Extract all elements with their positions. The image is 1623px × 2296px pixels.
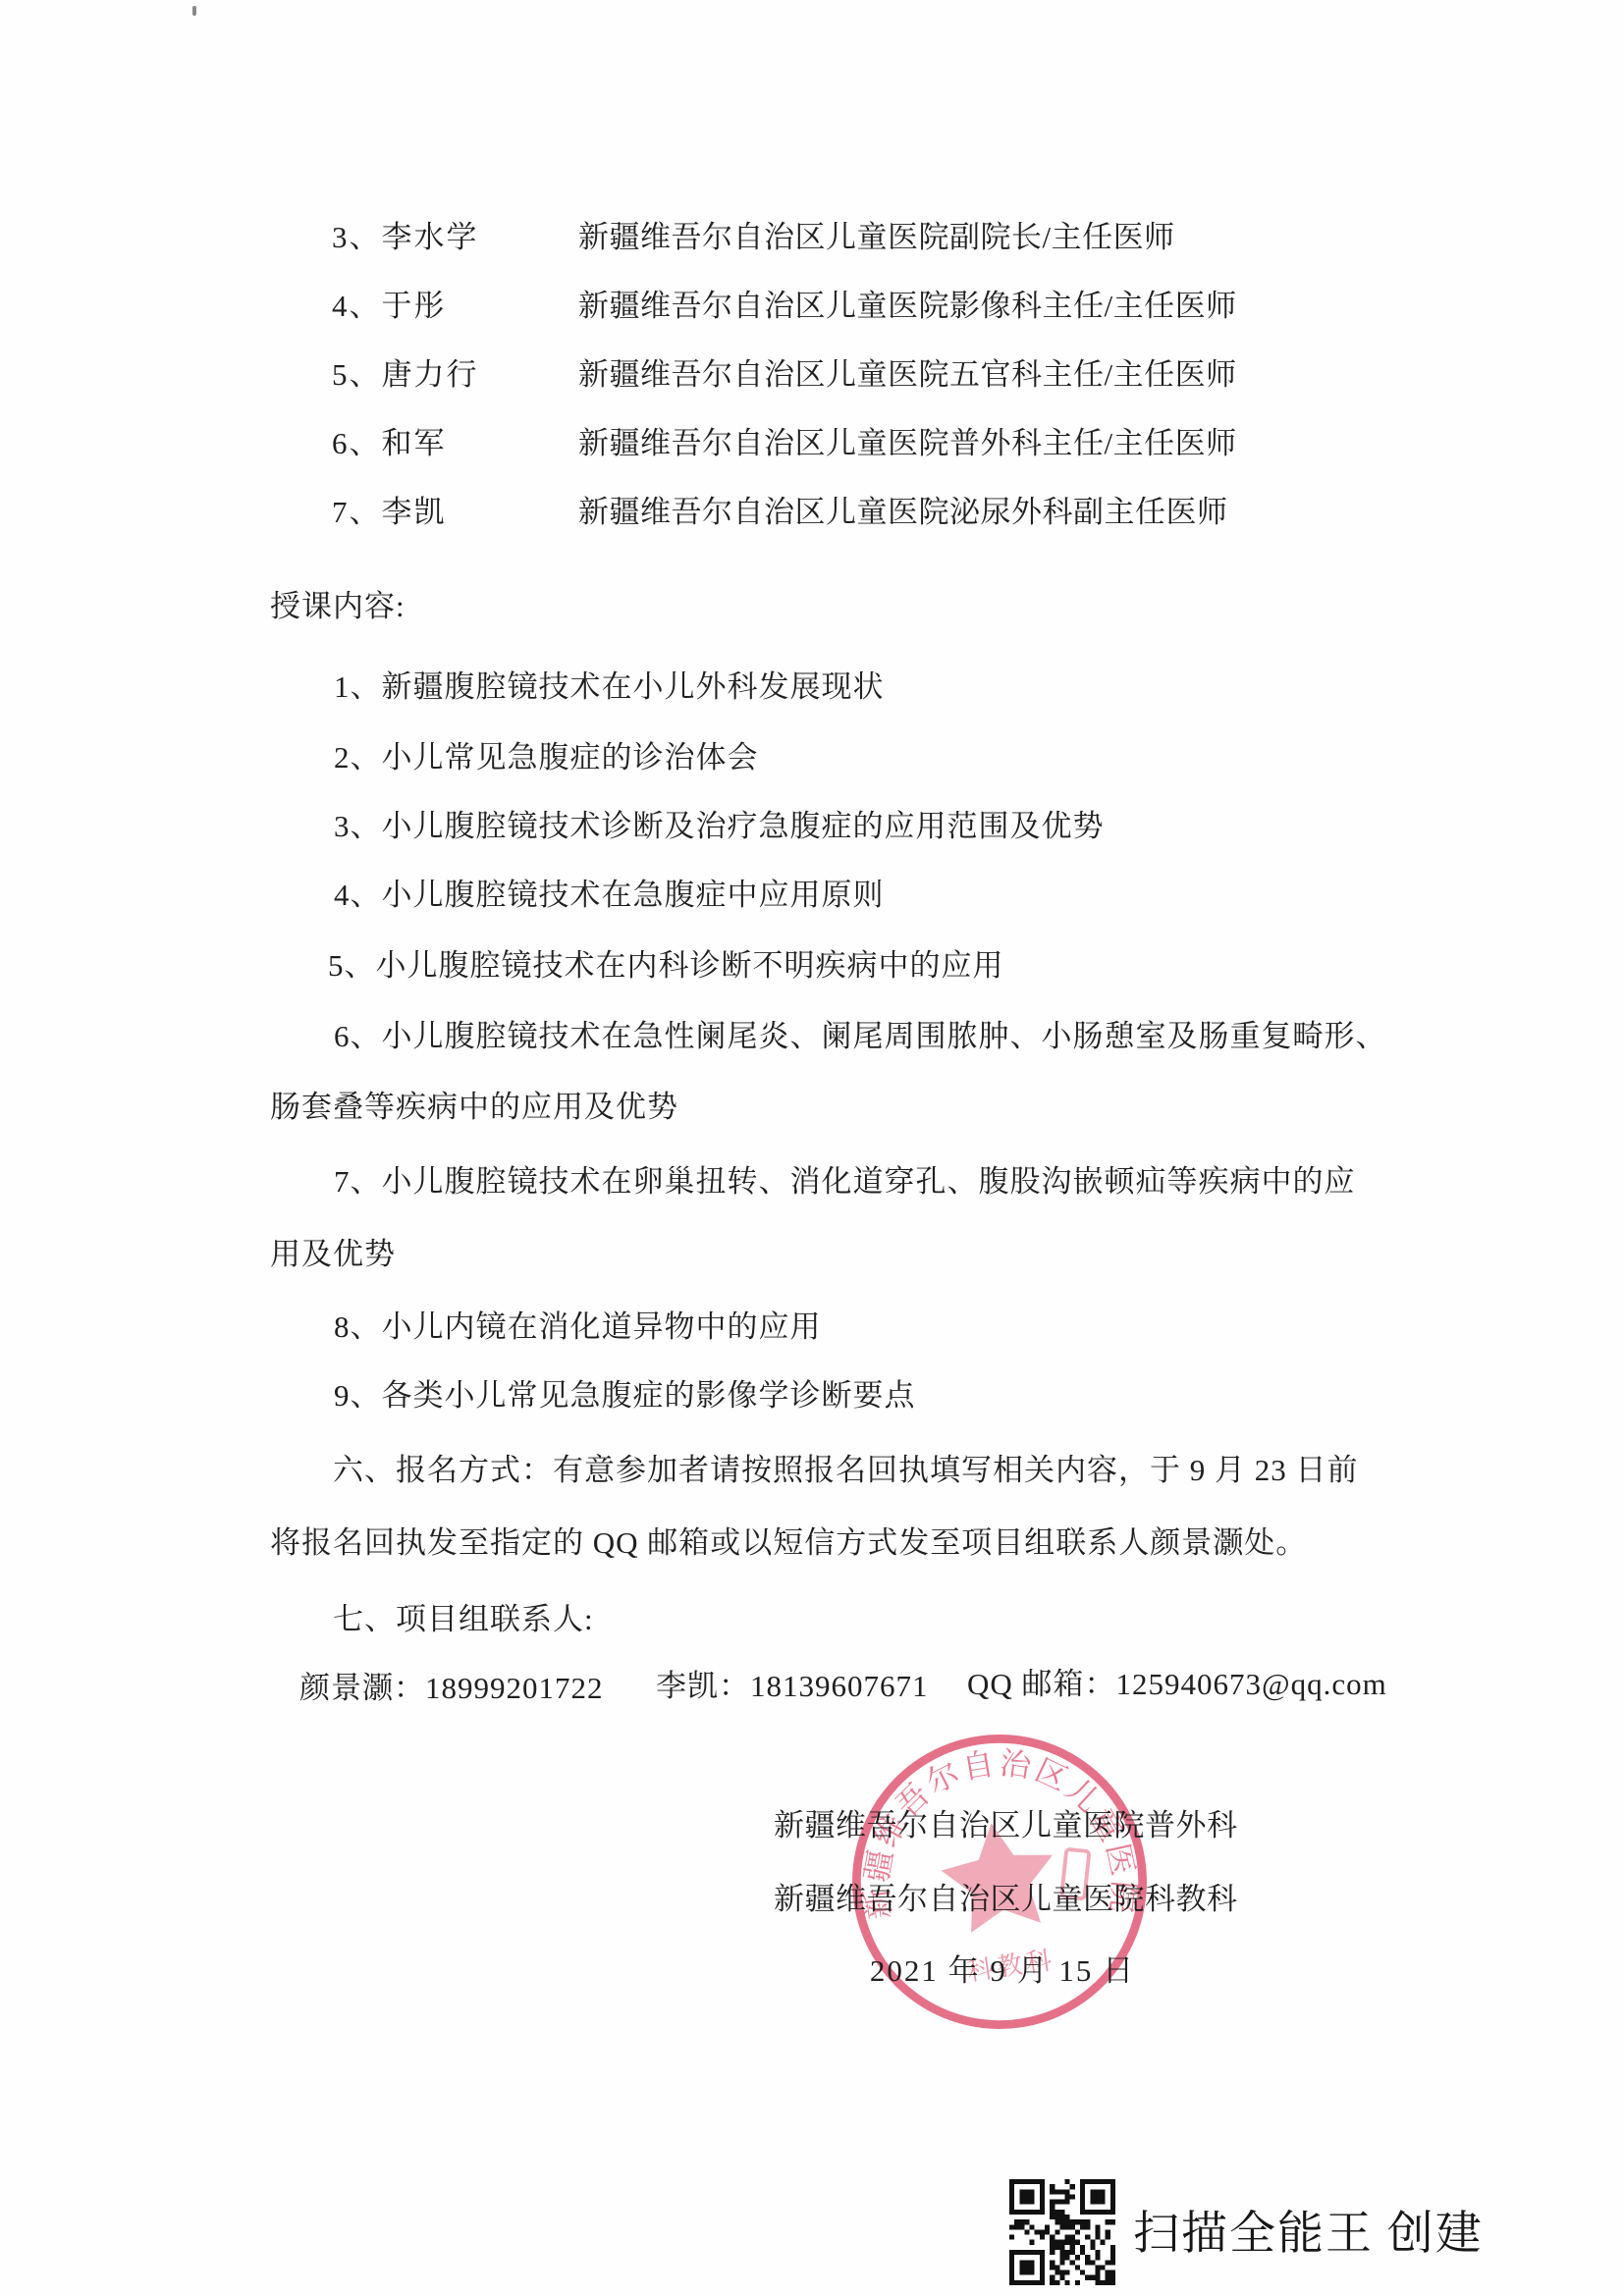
lecture-item: 5、小儿腹腔镜技术在内科诊断不明疾病中的应用 <box>328 946 1004 986</box>
lecture-item: 1、新疆腹腔镜技术在小儿外科发展现状 <box>334 667 885 707</box>
contact-entry-2: 李凯：18139607671 <box>656 1667 929 1706</box>
lecture-item: 8、小儿内镜在消化道异物中的应用 <box>334 1308 822 1347</box>
speaker-title: 新疆维吾尔自治区儿童医院泌尿外科副主任医师 <box>578 495 1228 529</box>
lecture-item: 2、小儿常见急腹症的诊治体会 <box>334 738 759 777</box>
lecture-item: 3、小儿腹腔镜技术诊断及治疗急腹症的应用范围及优势 <box>334 807 1105 846</box>
contact-entry-3: QQ 邮箱：125940673@qq.com <box>967 1665 1387 1704</box>
lecture-item: 4、小儿腹腔镜技术在急腹症中应用原则 <box>334 876 885 915</box>
scanner-watermark: 扫描全能王 创建 <box>1133 2209 1484 2260</box>
roster-row: 6、和军新疆维吾尔自治区儿童医院普外科主任/主任医师 <box>332 424 1237 463</box>
speaker-name: 6、和军 <box>332 424 578 463</box>
roster-row: 5、唐力行新疆维吾尔自治区儿童医院五官科主任/主任医师 <box>332 355 1237 395</box>
speaker-name: 5、唐力行 <box>332 355 578 395</box>
speaker-title: 新疆维吾尔自治区儿童医院普外科主任/主任医师 <box>578 426 1237 460</box>
signature-dept-1: 新疆维吾尔自治区儿童医院普外科 <box>774 1806 1231 1845</box>
lecture-item-continuation: 用及优势 <box>270 1235 396 1274</box>
roster-row: 3、李水学新疆维吾尔自治区儿童医院副院长/主任医师 <box>332 218 1175 257</box>
speaker-title: 新疆维吾尔自治区儿童医院影像科主任/主任医师 <box>578 289 1237 323</box>
roster-row: 4、于彤新疆维吾尔自治区儿童医院影像科主任/主任医师 <box>332 287 1237 326</box>
speaker-name: 3、李水学 <box>332 218 578 257</box>
speaker-title: 新疆维吾尔自治区儿童医院副院长/主任医师 <box>578 220 1175 254</box>
registration-line-2: 将报名回执发至指定的 QQ 邮箱或以短信方式发至项目组联系人颜景灏处。 <box>270 1523 1307 1563</box>
qr-code <box>1009 2179 1115 2285</box>
signature-date: 2021 年 9 月 15 日 <box>774 1951 1231 1991</box>
lecture-item: 7、小儿腹腔镜技术在卵巢扭转、消化道穿孔、腹股沟嵌顿疝等疾病中的应 <box>334 1162 1356 1201</box>
speaker-name: 4、于彤 <box>332 287 578 326</box>
scanned-document-page: 3、李水学新疆维吾尔自治区儿童医院副院长/主任医师 4、于彤新疆维吾尔自治区儿童… <box>0 0 1623 2296</box>
speaker-title: 新疆维吾尔自治区儿童医院五官科主任/主任医师 <box>578 357 1237 392</box>
roster-row: 7、李凯新疆维吾尔自治区儿童医院泌尿外科副主任医师 <box>332 493 1228 532</box>
scan-artifact <box>192 6 196 16</box>
contact-entry-1: 颜景灏：18999201722 <box>299 1669 604 1708</box>
signature-dept-2: 新疆维吾尔自治区儿童医院科教科 <box>774 1880 1231 1919</box>
lecture-item-continuation: 肠套叠等疾病中的应用及优势 <box>270 1088 678 1127</box>
lecture-item: 9、各类小儿常见急腹症的影像学诊断要点 <box>334 1376 916 1415</box>
registration-line-1: 六、报名方式：有意参加者请按照报名回执填写相关内容，于 9 月 23 日前 <box>333 1451 1359 1490</box>
contacts-heading: 七、项目组联系人: <box>333 1600 594 1639</box>
lecture-heading: 授课内容: <box>270 587 406 626</box>
speaker-name: 7、李凯 <box>332 493 578 532</box>
lecture-item: 6、小儿腹腔镜技术在急性阑尾炎、阑尾周围脓肿、小肠憩室及肠重复畸形、 <box>334 1017 1387 1056</box>
